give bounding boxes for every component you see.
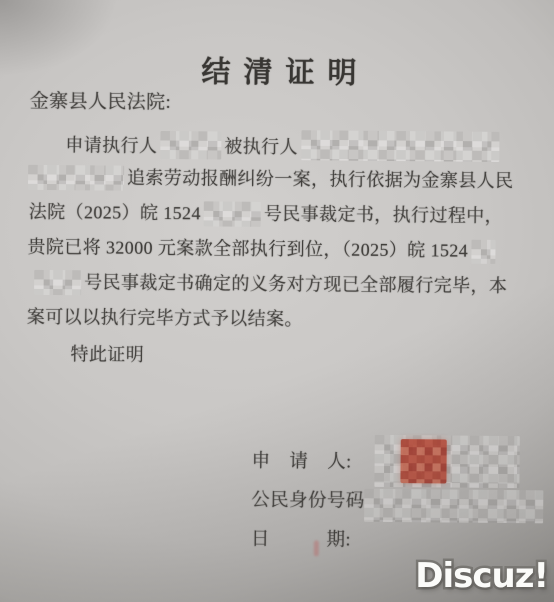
- line5-text: 号民事裁定书确定的义务对方现已全部履行完毕，本: [84, 272, 507, 296]
- paragraph-line-1: 申请执行人被执行人: [65, 128, 502, 162]
- line4-text: 贵院已将 32000 元案款全部执行到位，（2025）皖 1524: [27, 237, 468, 261]
- redaction-case-number-1: [204, 201, 261, 226]
- redaction-respondent-name: [301, 130, 499, 162]
- closing-statement: 特此证明: [70, 340, 144, 367]
- line1-text-pre: 申请执行人: [65, 135, 157, 156]
- applicant-label: 申 请 人:: [251, 447, 351, 474]
- paragraph-line-3: 法院（2025）皖 1524号民事裁定书，执行过程中，: [29, 198, 504, 229]
- redaction-signature-name: [374, 435, 519, 488]
- paragraph-line-6: 案可以以执行完毕方式予以结案。: [27, 303, 303, 331]
- line1-text-mid: 被执行人: [224, 137, 298, 158]
- photo-background: 结清证明 金寨县人民法院: 申请执行人被执行人 追索劳动报酬纠纷一案，执行依据为…: [0, 0, 554, 602]
- redaction-respondent-name-continued: [28, 165, 124, 191]
- line3-text-pre: 法院（2025）皖 1524: [29, 202, 201, 224]
- redaction-case-number-2: [471, 240, 495, 264]
- redaction-case-number-2-continued: [34, 270, 81, 295]
- line2-text: 追索劳动报酬纠纷一案，执行依据为金寨县人民: [127, 168, 514, 191]
- id-number-label: 公民身份号码: [251, 486, 365, 513]
- paragraph-line-5: 号民事裁定书确定的义务对方现已全部履行完毕，本: [31, 268, 507, 299]
- date-label: 日 期:: [251, 525, 351, 552]
- court-salutation: 金寨县人民法院:: [30, 86, 172, 114]
- settlement-certificate-document: 结清证明 金寨县人民法院: 申请执行人被执行人 追索劳动报酬纠纷一案，执行依据为…: [0, 0, 554, 602]
- discuz-watermark: Discuz!: [415, 556, 548, 596]
- redaction-id-number: [364, 489, 543, 524]
- paragraph-line-2: 追索劳动报酬纠纷一案，执行依据为金寨县人民: [25, 163, 514, 194]
- line3-text-post: 号民事裁定书，执行过程中，: [264, 204, 503, 226]
- paragraph-line-4: 贵院已将 32000 元案款全部执行到位，（2025）皖 1524: [27, 233, 498, 264]
- red-thumbprint: [400, 439, 446, 483]
- redaction-applicant-name: [160, 131, 221, 160]
- red-ink-smudge: [314, 540, 319, 556]
- line6-text: 案可以以执行完毕方式予以结案。: [27, 307, 303, 329]
